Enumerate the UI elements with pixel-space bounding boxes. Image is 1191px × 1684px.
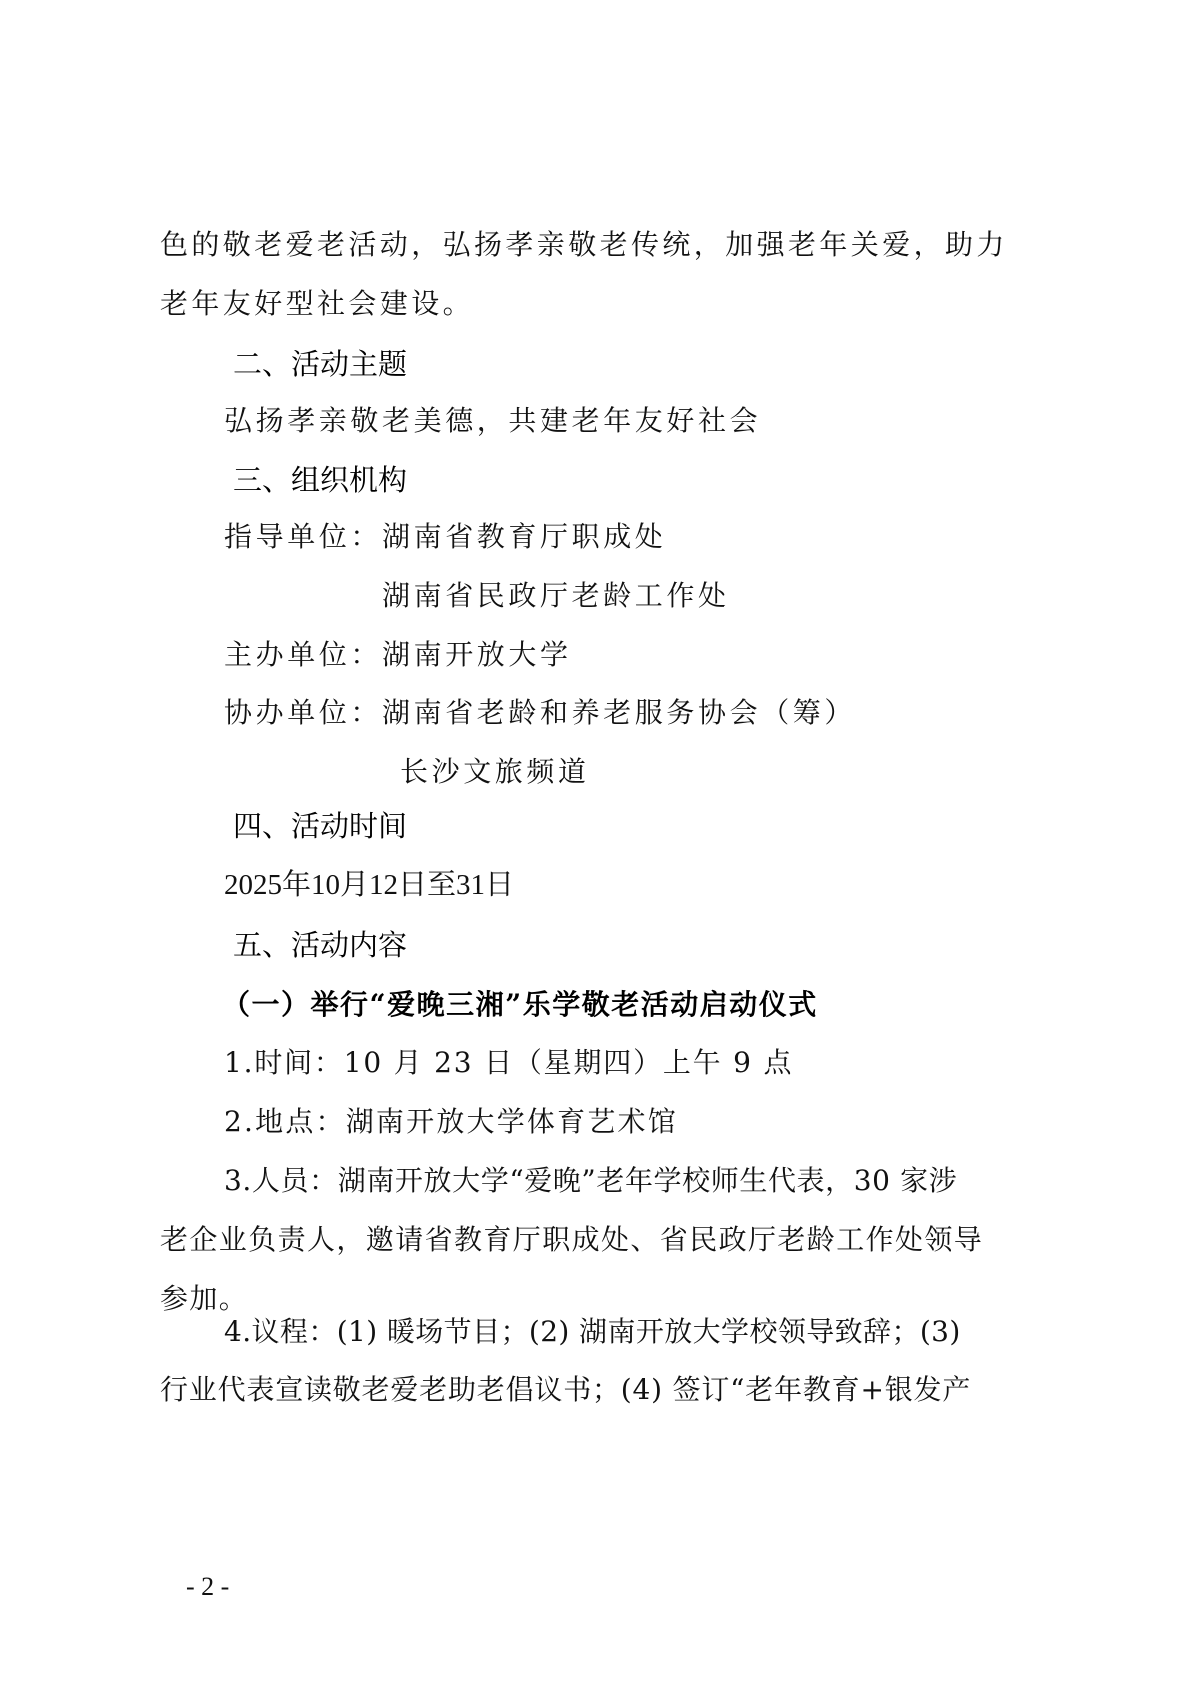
activity-dates: 2025年10月12日至31日: [224, 867, 514, 903]
section-heading-organization: 三、组织机构: [233, 462, 407, 498]
ceremony-people-line-3: 参加。: [160, 1281, 248, 1317]
section-heading-theme: 二、活动主题: [233, 346, 407, 382]
host-unit-label: 主办单位：: [224, 637, 382, 673]
co-organizers-label: 协办单位：: [224, 695, 382, 731]
ceremony-people-line-2: 老企业负责人，邀请省教育厅职成处、省民政厅老龄工作处领导: [160, 1222, 983, 1258]
theme-text: 弘扬孝亲敬老美德，共建老年友好社会: [224, 403, 761, 439]
guiding-unit-1: 湖南省教育厅职成处: [382, 519, 666, 555]
ceremony-agenda-line-1: 4.议程：(1) 暖场节目；(2) 湖南开放大学校领导致辞；(3): [224, 1314, 961, 1350]
section-heading-time: 四、活动时间: [233, 808, 407, 844]
intro-paragraph-line-2: 老年友好型社会建设。: [160, 286, 474, 322]
co-organizer-1: 湖南省老龄和养老服务协会（筹）: [382, 695, 856, 731]
co-organizer-2: 长沙文旅频道: [400, 754, 590, 790]
ceremony-place: 2.地点：湖南开放大学体育艺术馆: [224, 1104, 678, 1140]
ceremony-time: 1.时间：10 月 23 日（星期四）上午 9 点: [224, 1045, 793, 1081]
ceremony-people-line-1: 3.人员：湖南开放大学“爱晚”老年学校师生代表，30 家涉: [224, 1163, 957, 1199]
page-number: - 2 -: [186, 1572, 229, 1602]
section-heading-content: 五、活动内容: [233, 927, 407, 963]
document-page: 色的敬老爱老活动，弘扬孝亲敬老传统，加强老年关爱，助力 老年友好型社会建设。 二…: [0, 0, 1191, 1684]
intro-paragraph-line-1: 色的敬老爱老活动，弘扬孝亲敬老传统，加强老年关爱，助力: [160, 227, 1008, 263]
guiding-unit-2: 湖南省民政厅老龄工作处: [382, 578, 730, 614]
ceremony-agenda-line-2: 行业代表宣读敬老爱老助老倡议书；(4) 签订“老年教育+银发产: [160, 1372, 971, 1408]
subsection-heading-launch-ceremony: （一）举行“爱晚三湘”乐学敬老活动启动仪式: [222, 987, 818, 1023]
host-unit: 湖南开放大学: [382, 637, 572, 673]
guiding-units-label: 指导单位：: [224, 519, 382, 555]
